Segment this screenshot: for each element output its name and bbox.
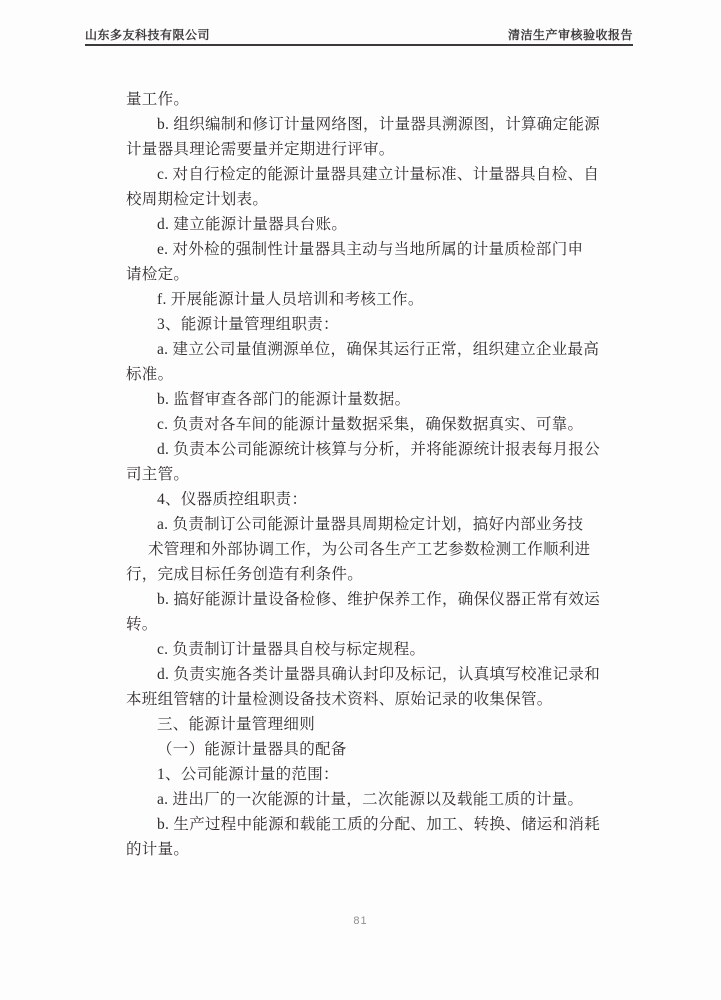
- text-line: 术管理和外部协调工作，为公司各生产工艺参数检测工作顺利进: [126, 537, 616, 562]
- header-rule-divider: [85, 44, 633, 46]
- text-line: （一）能源计量器具的配备: [126, 737, 616, 762]
- header-report-title: 清洁生产审核验收报告: [508, 26, 633, 43]
- text-line: 的计量。: [126, 837, 616, 862]
- text-line: a. 负责制订公司能源计量器具周期检定计划，搞好内部业务技: [126, 512, 616, 537]
- text-line: 量工作。: [126, 87, 616, 112]
- text-line: b. 生产过程中能源和载能工质的分配、加工、转换、储运和消耗: [126, 812, 616, 837]
- text-line: a. 进出厂的一次能源的计量，二次能源以及载能工质的计量。: [126, 787, 616, 812]
- page-number: 81: [353, 915, 367, 927]
- text-line: a. 建立公司量值溯源单位，确保其运行正常，组织建立企业最高: [126, 337, 616, 362]
- text-line: 3、能源计量管理组职责：: [126, 312, 616, 337]
- document-body: 量工作。b. 组织编制和修订计量网络图，计量器具溯源图，计算确定能源计量器具理论…: [126, 87, 616, 862]
- text-line: 三、能源计量管理细则: [126, 712, 616, 737]
- text-line: 行，完成目标任务创造有利条件。: [126, 562, 616, 587]
- text-line: 4、仪器质控组职责：: [126, 487, 616, 512]
- text-line: 本班组管辖的计量检测设备技术资料、原始记录的收集保管。: [126, 687, 616, 712]
- text-line: c. 对自行检定的能源计量器具建立计量标准、计量器具自检、自: [126, 162, 616, 187]
- text-line: 司主管。: [126, 462, 616, 487]
- text-line: b. 组织编制和修订计量网络图，计量器具溯源图，计算确定能源: [126, 112, 616, 137]
- text-line: c. 负责对各车间的能源计量数据采集，确保数据真实、可靠。: [126, 412, 616, 437]
- text-line: 请检定。: [126, 262, 616, 287]
- text-line: 计量器具理论需要量并定期进行评审。: [126, 137, 616, 162]
- text-line: d. 负责本公司能源统计核算与分析，并将能源统计报表每月报公: [126, 437, 616, 462]
- text-line: b. 监督审查各部门的能源计量数据。: [126, 387, 616, 412]
- document-page: 山东多友科技有限公司 清洁生产审核验收报告 量工作。b. 组织编制和修订计量网络…: [0, 0, 721, 1000]
- text-line: c. 负责制订计量器具自校与标定规程。: [126, 637, 616, 662]
- text-line: d. 负责实施各类计量器具确认封印及标记，认真填写校准记录和: [126, 662, 616, 687]
- text-line: 转。: [126, 612, 616, 637]
- text-line: f. 开展能源计量人员培训和考核工作。: [126, 287, 616, 312]
- text-line: e. 对外检的强制性计量器具主动与当地所属的计量质检部门申: [126, 237, 616, 262]
- text-line: 校周期检定计划表。: [126, 187, 616, 212]
- text-line: 标准。: [126, 362, 616, 387]
- text-line: 1、公司能源计量的范围：: [126, 762, 616, 787]
- page-footer: 81: [0, 915, 721, 927]
- text-line: d. 建立能源计量器具台账。: [126, 212, 616, 237]
- page-header: 山东多友科技有限公司 清洁生产审核验收报告: [85, 26, 633, 43]
- text-line: b. 搞好能源计量设备检修、维护保养工作，确保仪器正常有效运: [126, 587, 616, 612]
- header-company-name: 山东多友科技有限公司: [85, 26, 210, 43]
